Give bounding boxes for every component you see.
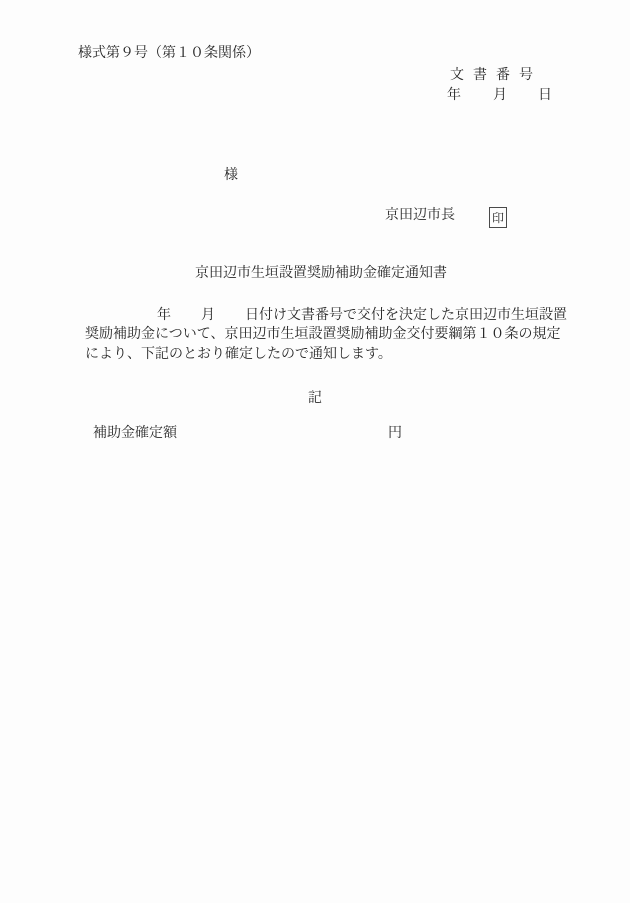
amount-label: 補助金確定額 — [93, 427, 177, 441]
header-date-line: 年月日 — [447, 89, 552, 103]
body-line-2: 奨励補助金について、京田辺市生垣設置奨励補助金交付要綱第１０条の規定 — [85, 328, 560, 342]
document-number-label: 文書番号 — [450, 69, 542, 83]
seal-box: 印 — [489, 207, 507, 228]
month-label: 月 — [493, 89, 507, 103]
body-line-1: 年月日付け文書番号で交付を決定した京田辺市生垣設置 — [157, 309, 567, 323]
body-month-label: 月 — [201, 309, 215, 323]
form-number: 様式第９号（第１０条関係） — [78, 47, 260, 61]
day-label: 日 — [538, 89, 552, 103]
body-line-3: により、下記のとおり確定したので通知します。 — [85, 348, 392, 362]
amount-unit-label: 円 — [388, 427, 402, 441]
record-marker: 記 — [308, 392, 322, 406]
sender-title: 京田辺市長 — [385, 209, 455, 223]
seal-mark: 印 — [492, 212, 504, 224]
document-title: 京田辺市生垣設置奨励補助金確定通知書 — [195, 267, 447, 281]
recipient-honorific: 様 — [224, 169, 238, 183]
body-line-1-text: 日付け文書番号で交付を決定した京田辺市生垣設置 — [245, 309, 567, 323]
document-page: 様式第９号（第１０条関係） 文書番号 年月日 様 京田辺市長 印 京田辺市生垣設… — [0, 0, 630, 903]
year-label: 年 — [447, 88, 461, 103]
body-year-label: 年 — [157, 308, 171, 323]
